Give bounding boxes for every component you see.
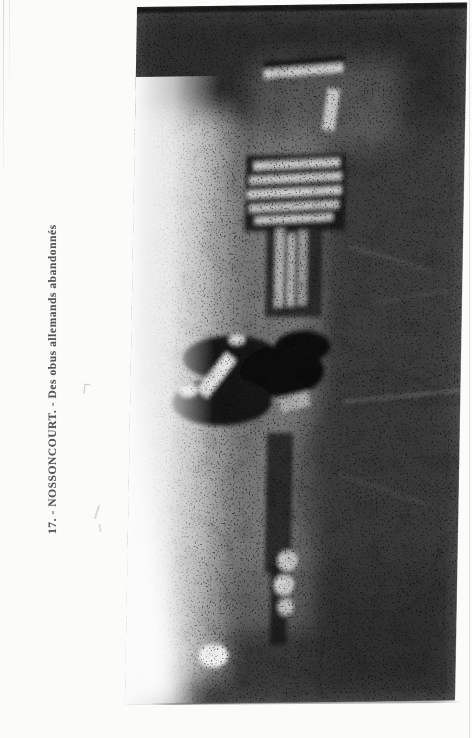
- scan-edge-artifact-right: [469, 0, 470, 738]
- postcard-photo: [125, 2, 467, 705]
- photo-grain-art: [125, 2, 467, 705]
- scan-edge-artifact-left-2: [9, 0, 10, 85]
- scan-edge-artifact-left: [3, 0, 4, 170]
- postcard: 17. - NOSSONCOURT. - Des obus allemands …: [0, 0, 472, 738]
- paper-smudge: [83, 384, 90, 395]
- paper-smudge: [94, 505, 100, 519]
- photo-left-fade: [125, 76, 220, 705]
- postcard-caption: 17. - NOSSONCOURT. - Des obus allemands …: [44, 204, 62, 534]
- paper-smudge: [98, 524, 102, 532]
